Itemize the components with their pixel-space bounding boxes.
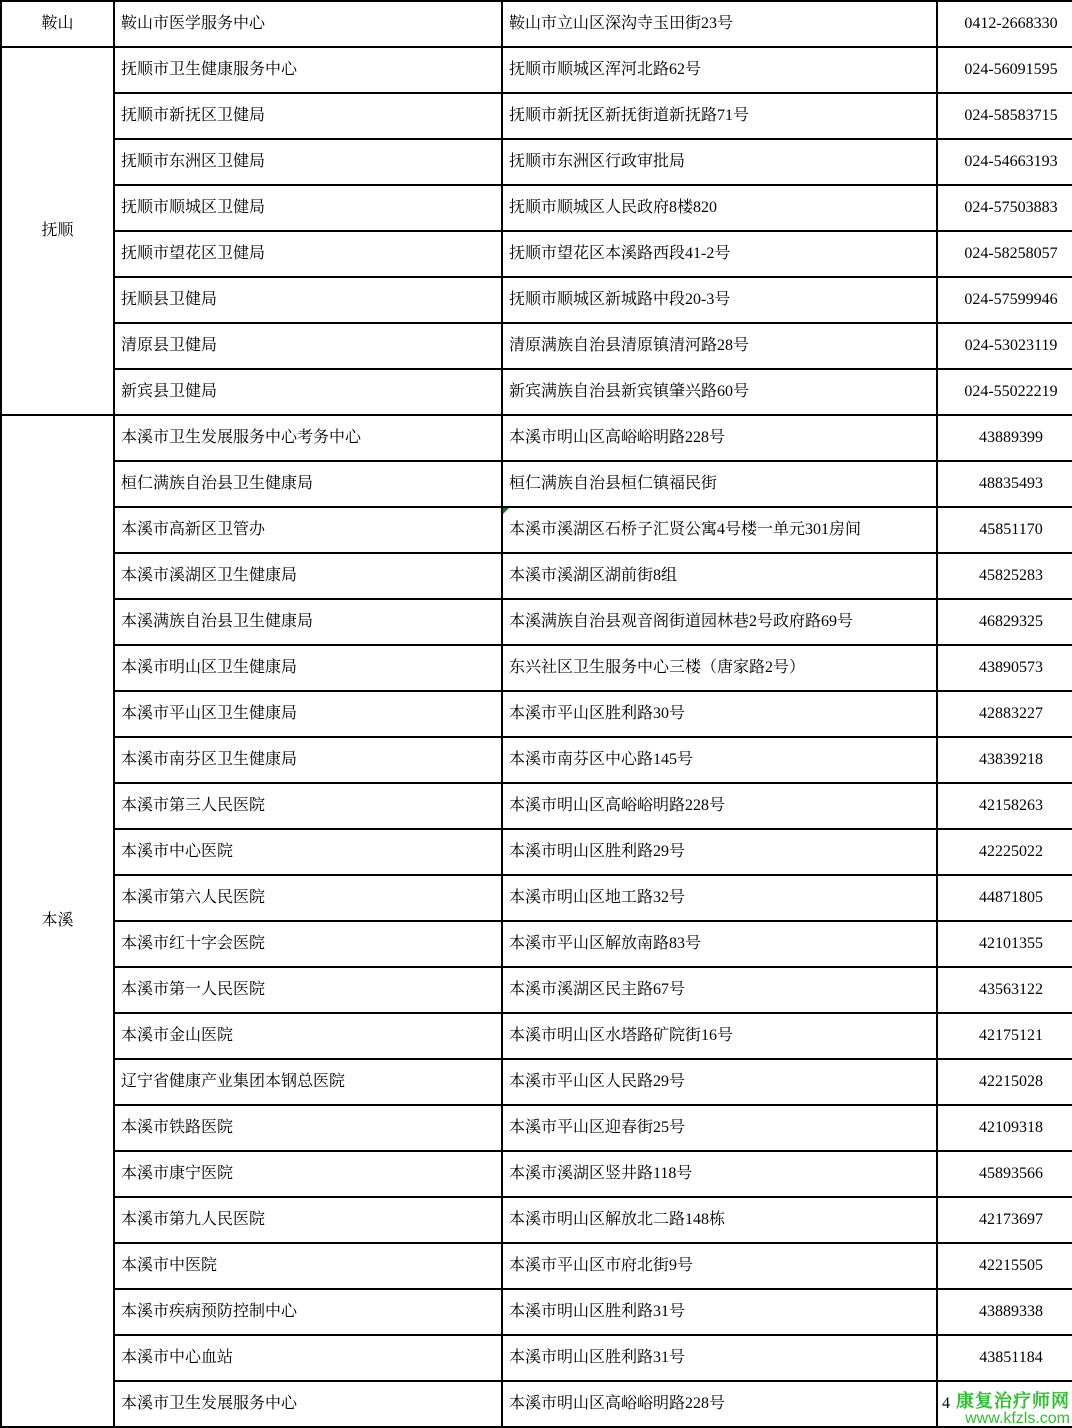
address-cell: 本溪市溪湖区竖井路118号 [502,1151,937,1197]
table-row: 本溪市第三人民医院本溪市明山区高峪峪明路228号42158263 [1,783,1072,829]
phone-cell: 024-53023119 [937,323,1072,369]
address-cell: 本溪市平山区胜利路30号 [502,691,937,737]
institution-cell: 鞍山市医学服务中心 [114,1,502,47]
phone-cell: 42225022 [937,829,1072,875]
table-row: 本溪市中医院本溪市平山区市府北街9号42215505 [1,1243,1072,1289]
institution-cell: 本溪满族自治县卫生健康局 [114,599,502,645]
table-row: 抚顺市望花区卫健局抚顺市望花区本溪路西段41-2号024-58258057 [1,231,1072,277]
institution-cell: 本溪市第六人民医院 [114,875,502,921]
address-cell: 抚顺市望花区本溪路西段41-2号 [502,231,937,277]
address-cell: 本溪市溪湖区石桥子汇贤公寓4号楼一单元301房间 [502,507,937,553]
table-body: 鞍山鞍山市医学服务中心鞍山市立山区深沟寺玉田街23号0412-2668330抚顺… [1,1,1072,1427]
table-row: 本溪市溪湖区卫生健康局本溪市溪湖区湖前街8组45825283 [1,553,1072,599]
health-contact-table: 鞍山鞍山市医学服务中心鞍山市立山区深沟寺玉田街23号0412-2668330抚顺… [0,0,1072,1428]
phone-cell: 45851170 [937,507,1072,553]
institution-cell: 抚顺市望花区卫健局 [114,231,502,277]
table-row: 本溪市康宁医院本溪市溪湖区竖井路118号45893566 [1,1151,1072,1197]
institution-cell: 桓仁满族自治县卫生健康局 [114,461,502,507]
comment-marker-icon [503,508,509,514]
institution-cell: 本溪市明山区卫生健康局 [114,645,502,691]
phone-cell: 45893566 [937,1151,1072,1197]
page: 鞍山鞍山市医学服务中心鞍山市立山区深沟寺玉田街23号0412-2668330抚顺… [0,0,1072,1428]
address-cell: 抚顺市东洲区行政审批局 [502,139,937,185]
phone-cell: 42215505 [937,1243,1072,1289]
address-cell: 本溪市明山区胜利路31号 [502,1289,937,1335]
phone-cell: 48835493 [937,461,1072,507]
address-cell: 东兴社区卫生服务中心三楼（唐家路2号） [502,645,937,691]
table-row: 本溪市第六人民医院本溪市明山区地工路32号44871805 [1,875,1072,921]
institution-cell: 本溪市卫生发展服务中心考务中心 [114,415,502,461]
phone-cell: 42175121 [937,1013,1072,1059]
address-cell: 本溪市溪湖区民主路67号 [502,967,937,1013]
table-row: 本溪市高新区卫管办本溪市溪湖区石桥子汇贤公寓4号楼一单元301房间4585117… [1,507,1072,553]
phone-cell: 024-55022219 [937,369,1072,415]
institution-cell: 本溪市中心医院 [114,829,502,875]
address-cell: 本溪市溪湖区湖前街8组 [502,553,937,599]
phone-cell: 0412-2668330 [937,1,1072,47]
institution-cell: 本溪市第九人民医院 [114,1197,502,1243]
phone-cell: 43839218 [937,737,1072,783]
institution-cell: 本溪市卫生发展服务中心 [114,1381,502,1427]
address-cell: 本溪市明山区水塔路矿院街16号 [502,1013,937,1059]
table-row: 抚顺市新抚区卫健局抚顺市新抚区新抚街道新抚路71号024-58583715 [1,93,1072,139]
phone-cell: 43890573 [937,645,1072,691]
table-row: 本溪本溪市卫生发展服务中心考务中心本溪市明山区高峪峪明路228号43889399 [1,415,1072,461]
institution-cell: 本溪市溪湖区卫生健康局 [114,553,502,599]
institution-cell: 抚顺市东洲区卫健局 [114,139,502,185]
address-cell: 本溪市平山区人民路29号 [502,1059,937,1105]
phone-cell: 43889399 [937,415,1072,461]
address-cell: 抚顺市顺城区新城路中段20-3号 [502,277,937,323]
address-cell: 本溪市明山区胜利路31号 [502,1335,937,1381]
institution-cell: 本溪市中医院 [114,1243,502,1289]
institution-cell: 本溪市铁路医院 [114,1105,502,1151]
phone-cell: 4 [937,1381,1072,1427]
address-cell: 鞍山市立山区深沟寺玉田街23号 [502,1,937,47]
table-row: 清原县卫健局清原满族自治县清原镇清河路28号024-53023119 [1,323,1072,369]
institution-cell: 本溪市疾病预防控制中心 [114,1289,502,1335]
table-row: 本溪市中心血站本溪市明山区胜利路31号43851184 [1,1335,1072,1381]
institution-cell: 辽宁省健康产业集团本钢总医院 [114,1059,502,1105]
phone-cell: 42173697 [937,1197,1072,1243]
table-row: 本溪市明山区卫生健康局东兴社区卫生服务中心三楼（唐家路2号）43890573 [1,645,1072,691]
address-cell: 清原满族自治县清原镇清河路28号 [502,323,937,369]
address-cell: 本溪市明山区胜利路29号 [502,829,937,875]
address-cell: 本溪市明山区解放北二路148栋 [502,1197,937,1243]
address-cell: 本溪市明山区地工路32号 [502,875,937,921]
table-row: 本溪市铁路医院本溪市平山区迎春街25号42109318 [1,1105,1072,1151]
institution-cell: 抚顺市卫生健康服务中心 [114,47,502,93]
city-cell: 鞍山 [1,1,114,47]
address-cell: 新宾满族自治县新宾镇肇兴路60号 [502,369,937,415]
institution-cell: 本溪市中心血站 [114,1335,502,1381]
phone-cell: 42101355 [937,921,1072,967]
table-row: 本溪市红十字会医院本溪市平山区解放南路83号42101355 [1,921,1072,967]
phone-cell: 46829325 [937,599,1072,645]
table-row: 本溪市南芬区卫生健康局本溪市南芬区中心路145号43839218 [1,737,1072,783]
table-row: 抚顺县卫健局抚顺市顺城区新城路中段20-3号024-57599946 [1,277,1072,323]
phone-cell: 42883227 [937,691,1072,737]
table-row: 抚顺市东洲区卫健局抚顺市东洲区行政审批局024-54663193 [1,139,1072,185]
address-cell: 本溪市明山区高峪峪明路228号 [502,1381,937,1427]
phone-cell: 42215028 [937,1059,1072,1105]
institution-cell: 清原县卫健局 [114,323,502,369]
institution-cell: 抚顺市顺城区卫健局 [114,185,502,231]
phone-cell: 42109318 [937,1105,1072,1151]
city-cell: 抚顺 [1,47,114,415]
phone-cell: 43851184 [937,1335,1072,1381]
address-cell: 抚顺市新抚区新抚街道新抚路71号 [502,93,937,139]
institution-cell: 本溪市康宁医院 [114,1151,502,1197]
phone-cell: 45825283 [937,553,1072,599]
table-row: 本溪市卫生发展服务中心本溪市明山区高峪峪明路228号4 [1,1381,1072,1427]
institution-cell: 本溪市第一人民医院 [114,967,502,1013]
phone-cell: 024-58583715 [937,93,1072,139]
address-cell: 桓仁满族自治县桓仁镇福民街 [502,461,937,507]
address-cell: 抚顺市顺城区人民政府8楼820 [502,185,937,231]
table-row: 抚顺抚顺市卫生健康服务中心抚顺市顺城区浑河北路62号024-56091595 [1,47,1072,93]
institution-cell: 抚顺市新抚区卫健局 [114,93,502,139]
institution-cell: 本溪市金山医院 [114,1013,502,1059]
institution-cell: 本溪市平山区卫生健康局 [114,691,502,737]
phone-cell: 024-58258057 [937,231,1072,277]
address-cell: 本溪市明山区高峪峪明路228号 [502,415,937,461]
table-row: 抚顺市顺城区卫健局抚顺市顺城区人民政府8楼820024-57503883 [1,185,1072,231]
address-cell: 本溪市平山区解放南路83号 [502,921,937,967]
phone-cell: 024-57503883 [937,185,1072,231]
table-row: 辽宁省健康产业集团本钢总医院本溪市平山区人民路29号42215028 [1,1059,1072,1105]
table-row: 本溪市金山医院本溪市明山区水塔路矿院街16号42175121 [1,1013,1072,1059]
phone-cell: 024-56091595 [937,47,1072,93]
institution-cell: 本溪市第三人民医院 [114,783,502,829]
institution-cell: 抚顺县卫健局 [114,277,502,323]
table-row: 新宾县卫健局新宾满族自治县新宾镇肇兴路60号024-55022219 [1,369,1072,415]
institution-cell: 本溪市高新区卫管办 [114,507,502,553]
table-row: 本溪市中心医院本溪市明山区胜利路29号42225022 [1,829,1072,875]
table-row: 本溪市第九人民医院本溪市明山区解放北二路148栋42173697 [1,1197,1072,1243]
phone-cell: 43563122 [937,967,1072,1013]
phone-cell: 024-57599946 [937,277,1072,323]
institution-cell: 本溪市红十字会医院 [114,921,502,967]
table-row: 桓仁满族自治县卫生健康局桓仁满族自治县桓仁镇福民街48835493 [1,461,1072,507]
table-row: 本溪市疾病预防控制中心本溪市明山区胜利路31号43889338 [1,1289,1072,1335]
address-cell: 本溪市平山区迎春街25号 [502,1105,937,1151]
phone-cell: 024-54663193 [937,139,1072,185]
table-row: 本溪市平山区卫生健康局本溪市平山区胜利路30号42883227 [1,691,1072,737]
address-cell: 本溪满族自治县观音阁街道园林巷2号政府路69号 [502,599,937,645]
address-cell: 抚顺市顺城区浑河北路62号 [502,47,937,93]
city-cell: 本溪 [1,415,114,1427]
phone-cell: 42158263 [937,783,1072,829]
institution-cell: 新宾县卫健局 [114,369,502,415]
address-cell: 本溪市明山区高峪峪明路228号 [502,783,937,829]
table-row: 鞍山鞍山市医学服务中心鞍山市立山区深沟寺玉田街23号0412-2668330 [1,1,1072,47]
phone-cell: 43889338 [937,1289,1072,1335]
table-row: 本溪满族自治县卫生健康局本溪满族自治县观音阁街道园林巷2号政府路69号46829… [1,599,1072,645]
address-cell: 本溪市平山区市府北街9号 [502,1243,937,1289]
phone-cell: 44871805 [937,875,1072,921]
address-cell: 本溪市南芬区中心路145号 [502,737,937,783]
table-row: 本溪市第一人民医院本溪市溪湖区民主路67号43563122 [1,967,1072,1013]
institution-cell: 本溪市南芬区卫生健康局 [114,737,502,783]
